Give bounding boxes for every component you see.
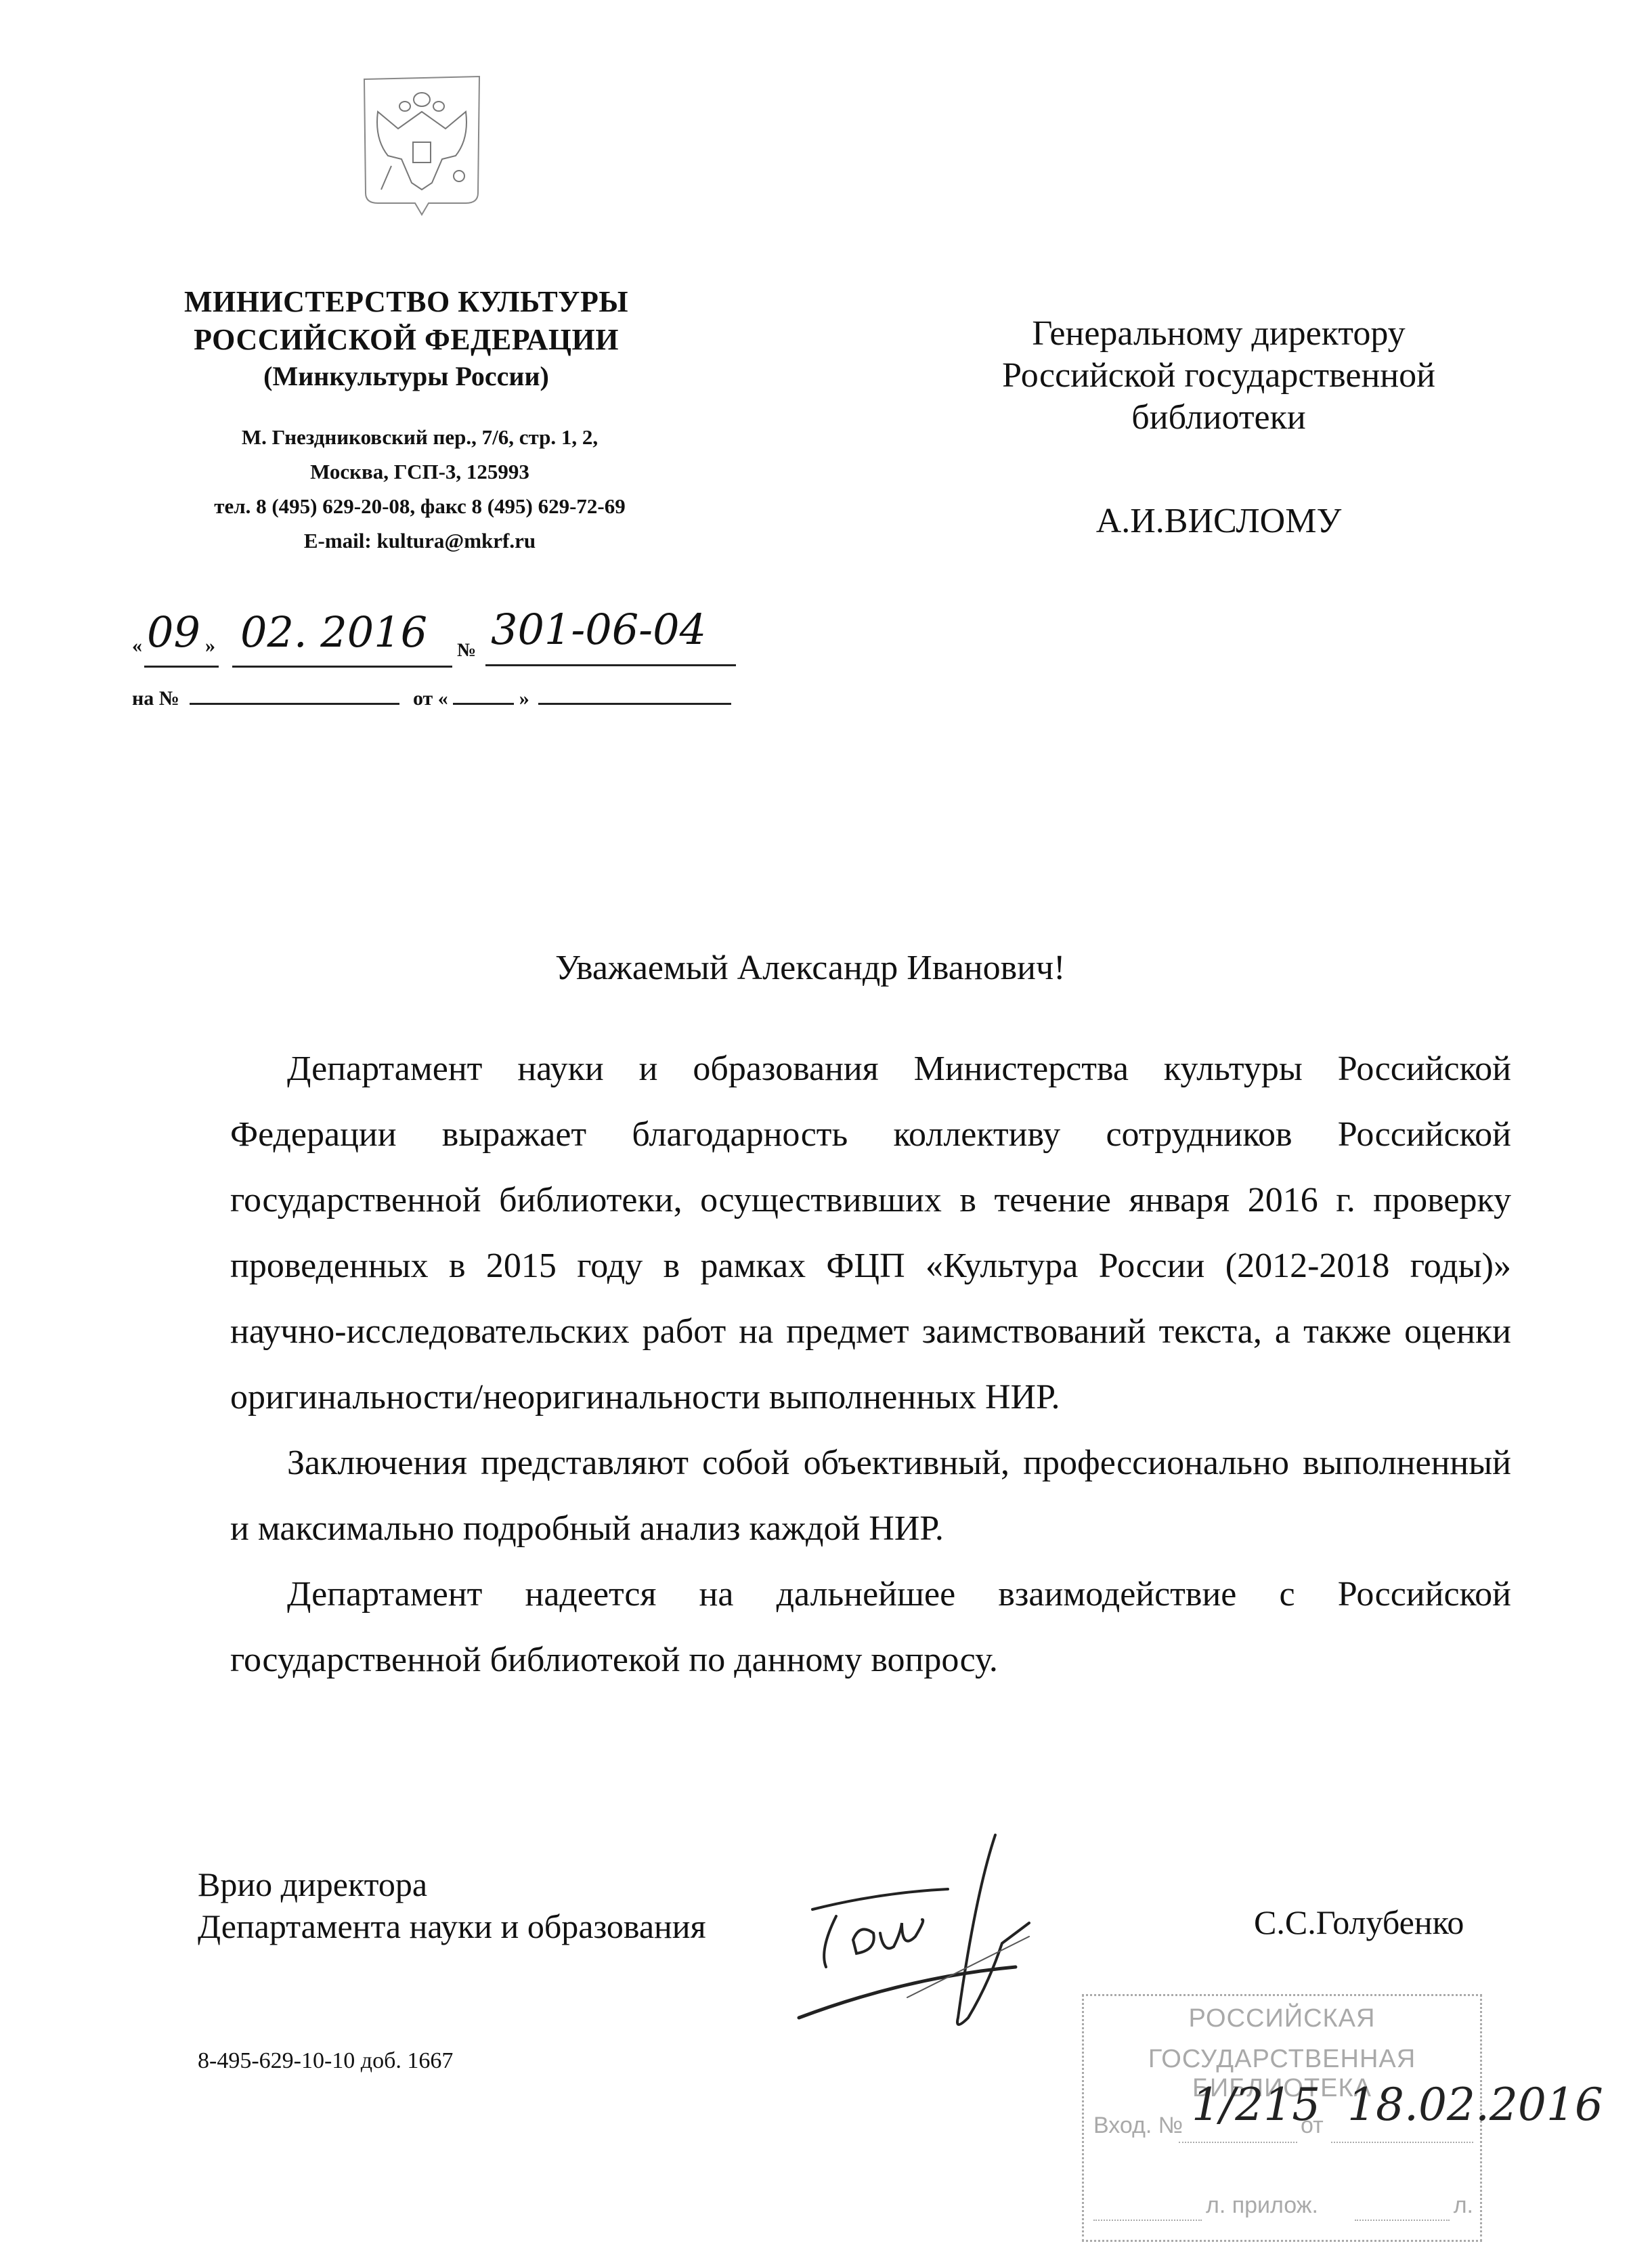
stamp-pages-suffix: л. <box>1454 2192 1473 2219</box>
reply-date-label: от « <box>413 687 448 710</box>
outgoing-day: 09 <box>147 607 200 657</box>
outgoing-month-year: 02. 2016 <box>240 607 427 657</box>
body-paragraph: Департамент науки и образования Министер… <box>230 1036 1511 1430</box>
outgoing-number: 301-06-04 <box>491 605 706 654</box>
addressee-line1: Генеральному директору <box>948 313 1490 355</box>
number-label: № <box>457 640 476 662</box>
contact-phone: 8-495-629-10-10 доб. 1667 <box>198 2048 453 2074</box>
handwritten-signature-icon <box>772 1815 1124 2038</box>
address-line1: М. Гнездниковский пер., 7/6, стр. 1, 2, <box>162 420 677 454</box>
signatory-title-line2: Департамента науки и образования <box>198 1905 706 1947</box>
addressee-line3: библиотеки <box>948 397 1490 439</box>
addressee-name: А.И.ВИСЛОМУ <box>948 501 1490 541</box>
ministry-name: МИНИСТЕРСТВО КУЛЬТУРЫ РОССИЙСКОЙ ФЕДЕРАЦ… <box>162 283 650 394</box>
reply-number-label: на № <box>132 687 179 710</box>
stamp-pages-label: л. прилож. <box>1206 2192 1318 2219</box>
email: E-mail: kultura@mkrf.ru <box>162 523 677 558</box>
stamp-incoming-number: 1/215 <box>1192 2079 1320 2131</box>
quote-close: » <box>205 634 215 657</box>
russian-coat-of-arms-icon <box>357 64 486 227</box>
stamp-line1: РОССИЙСКАЯ <box>1084 2004 1480 2033</box>
outgoing-date-number: « 09 » 02. 2016 № 301-06-04 <box>132 613 741 667</box>
address-line2: Москва, ГСП-3, 125993 <box>162 454 677 489</box>
addressee: Генеральному директору Российской госуда… <box>948 313 1490 439</box>
reply-quote-close: » <box>519 687 529 710</box>
stamp-incoming-date: 18.02.2016 <box>1347 2079 1603 2131</box>
reply-reference: на № от « » <box>132 687 731 710</box>
body-paragraph: Департамент надеется на дальнейшее взаим… <box>230 1561 1511 1693</box>
ministry-address: М. Гнездниковский пер., 7/6, стр. 1, 2, … <box>162 420 677 558</box>
signatory-title: Врио директора Департамента науки и обра… <box>198 1863 706 1947</box>
addressee-line2: Российской государственной <box>948 355 1490 397</box>
stamp-incoming-label: Вход. № <box>1093 2113 1183 2139</box>
ministry-name-line1: МИНИСТЕРСТВО КУЛЬТУРЫ <box>162 283 650 321</box>
ministry-name-line2: РОССИЙСКОЙ ФЕДЕРАЦИИ <box>162 321 650 359</box>
signatory-name: С.С.Голубенко <box>1254 1903 1464 1942</box>
body-paragraph: Заключения представляют собой объективны… <box>230 1430 1511 1561</box>
letter-body: Департамент науки и образования Министер… <box>230 1036 1511 1693</box>
ministry-short-name: (Минкультуры России) <box>162 359 650 394</box>
phone-fax: тел. 8 (495) 629-20-08, факс 8 (495) 629… <box>162 489 677 523</box>
signatory-title-line1: Врио директора <box>198 1863 706 1905</box>
salutation: Уважаемый Александр Иванович! <box>555 948 1065 988</box>
quote-open: « <box>132 634 142 657</box>
